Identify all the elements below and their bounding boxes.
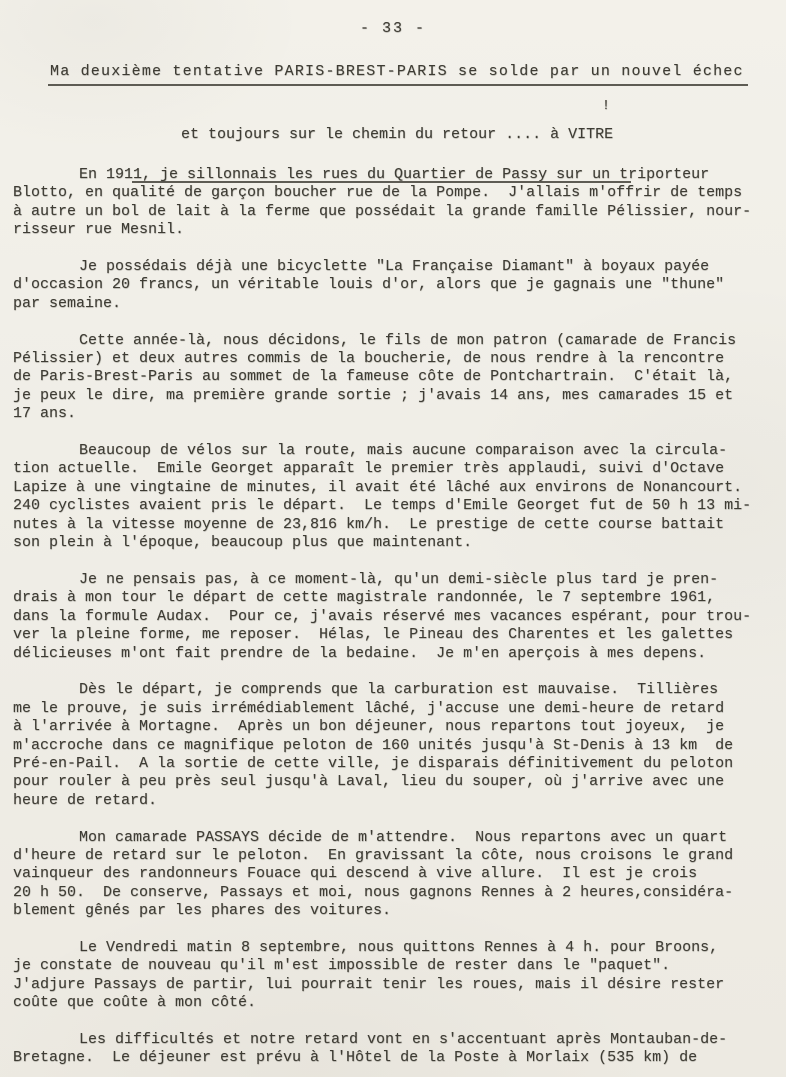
text-line: J'adjure Passays de partir, lui pourrait…: [13, 976, 778, 994]
text-line: Pré-en-Pail. A la sortie de cette ville,…: [13, 755, 778, 773]
text-line: blement gênés par les phares des voiture…: [13, 902, 778, 920]
text-line: je peux le dire, ma première grande sort…: [13, 387, 778, 405]
document-body: En 1911, je sillonnais les rues du Quart…: [13, 166, 778, 1068]
paragraph: Je ne pensais pas, à ce moment-là, qu'un…: [13, 571, 778, 663]
text-line: m'accroche dans ce magnifique peloton de…: [13, 737, 778, 755]
page-number: - 33 -: [0, 20, 786, 37]
document-title-line2-text: et toujours sur le chemin du retour ....…: [181, 126, 613, 143]
paragraph: Les difficultés et notre retard vont en …: [13, 1031, 778, 1068]
text-line: coûte que coûte à mon côté.: [13, 994, 778, 1012]
paragraph: Le Vendredi matin 8 septembre, nous quit…: [13, 939, 778, 1013]
text-line: risseur rue Mesnil.: [13, 221, 778, 239]
text-line: tion actuelle. Emile Georget apparaît le…: [13, 460, 778, 478]
text-line: Mon camarade PASSAYS décide de m'attendr…: [13, 829, 778, 847]
text-line: son plein à l'époque, beaucoup plus que …: [13, 534, 778, 552]
text-line: ver la pleine forme, me reposer. Hélas, …: [13, 626, 778, 644]
text-line: En 1911, je sillonnais les rues du Quart…: [13, 166, 778, 184]
text-line: 240 cyclistes avaient pris le départ. Le…: [13, 497, 778, 515]
text-line: par semaine.: [13, 295, 778, 313]
text-line: Le Vendredi matin 8 septembre, nous quit…: [13, 939, 778, 957]
text-line: délicieuses m'ont fait prendre de la bed…: [13, 645, 778, 663]
text-line: à l'arrivée à Mortagne. Après un bon déj…: [13, 718, 778, 736]
paragraph: Beaucoup de vélos sur la route, mais auc…: [13, 442, 778, 552]
text-line: d'heure de retard sur le peloton. En gra…: [13, 847, 778, 865]
exclamation-mark: !: [602, 98, 610, 114]
text-line: 17 ans.: [13, 405, 778, 423]
text-line: Cette année-là, nous décidons, le fils d…: [13, 332, 778, 350]
paragraph: Cette année-là, nous décidons, le fils d…: [13, 332, 778, 424]
document-page: - 33 - Ma deuxième tentative PARIS-BREST…: [0, 0, 786, 1077]
text-line: Je ne pensais pas, à ce moment-là, qu'un…: [13, 571, 778, 589]
text-line: Beaucoup de vélos sur la route, mais auc…: [13, 442, 778, 460]
text-line: pour rouler à peu près seul jusqu'à Lava…: [13, 773, 778, 791]
text-line: de Paris-Brest-Paris au sommet de la fam…: [13, 368, 778, 386]
paragraph: Mon camarade PASSAYS décide de m'attendr…: [13, 829, 778, 921]
text-line: d'occasion 20 francs, un véritable louis…: [13, 276, 778, 294]
text-line: Les difficultés et notre retard vont en …: [13, 1031, 778, 1049]
text-line: je constate de nouveau qu'il m'est impos…: [13, 957, 778, 975]
text-line: nutes à la vitesse moyenne de 23,816 km/…: [13, 516, 778, 534]
text-line: Je possédais déjà une bicyclette "La Fra…: [13, 258, 778, 276]
text-line: heure de retard.: [13, 792, 778, 810]
text-line: Pélissier) et deux autres commis de la b…: [13, 350, 778, 368]
text-line: à autre un bol de lait à la ferme que po…: [13, 203, 778, 221]
text-line: dans la formule Audax. Pour ce, j'avais …: [13, 608, 778, 626]
text-line: 20 h 50. De conserve, Passays et moi, no…: [13, 884, 778, 902]
text-line: drais à mon tour le départ de cette magi…: [13, 589, 778, 607]
paragraph: Je possédais déjà une bicyclette "La Fra…: [13, 258, 778, 313]
text-line: Blotto, en qualité de garçon boucher rue…: [13, 184, 778, 202]
document-title-line1: Ma deuxième tentative PARIS-BREST-PARIS …: [48, 63, 748, 86]
text-line: Bretagne. Le déjeuner est prévu à l'Hôte…: [13, 1049, 778, 1067]
text-line: Lapize à une vingtaine de minutes, il av…: [13, 479, 778, 497]
paragraph: Dès le départ, je comprends que la carbu…: [13, 681, 778, 810]
text-line: vainqueur des randonneurs Fouace qui des…: [13, 865, 778, 883]
paragraph: En 1911, je sillonnais les rues du Quart…: [13, 166, 778, 240]
text-line: me le prouve, je suis irrémédiablement l…: [13, 700, 778, 718]
text-line: Dès le départ, je comprends que la carbu…: [13, 681, 778, 699]
